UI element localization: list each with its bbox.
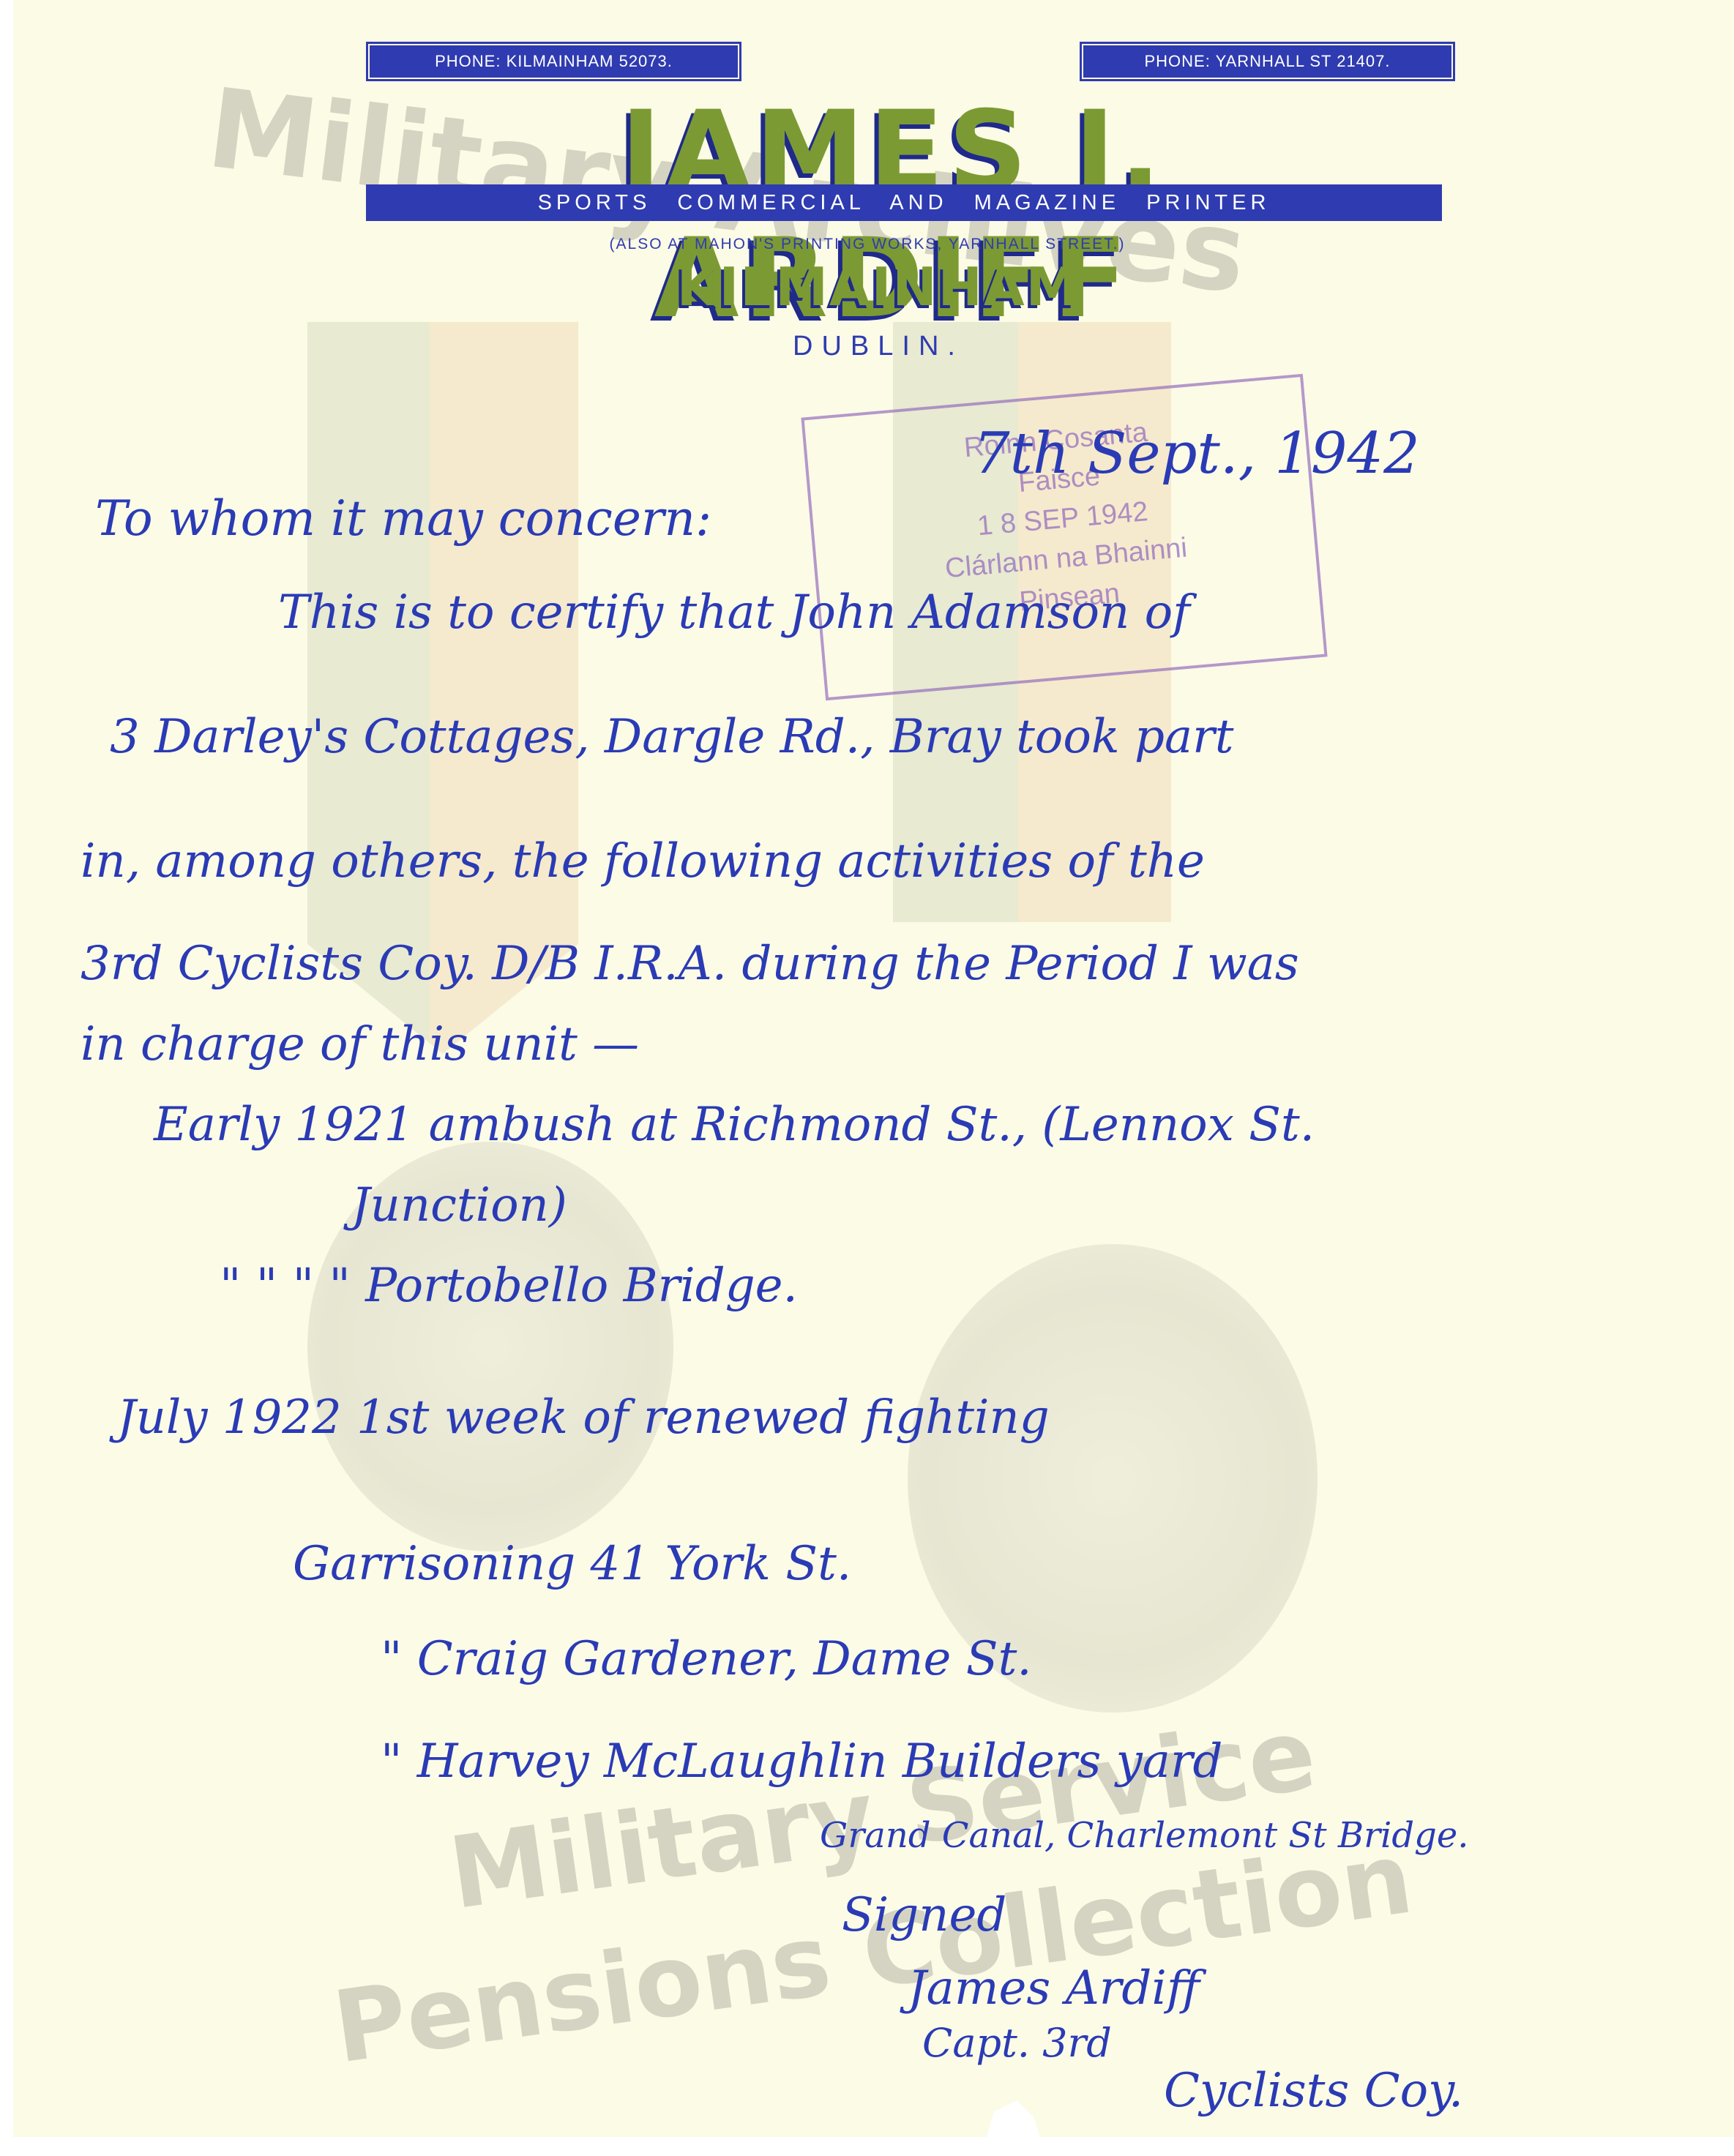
activity-line: July 1922 1st week of renewed fighting bbox=[117, 1390, 1050, 1445]
signatory-rank: Capt. 3rd bbox=[922, 2020, 1112, 2066]
activity-line: " Harvey McLaughlin Builders yard bbox=[381, 1734, 1223, 1789]
secondary-address: (ALSO AT MAHON'S PRINTING WORKS, YARNHAL… bbox=[439, 236, 1296, 253]
scan-bottom-edge bbox=[0, 2137, 1734, 2156]
business-tagline: SPORTS COMMERCIAL AND MAGAZINE PRINTER bbox=[366, 184, 1442, 221]
city-name: DUBLIN. bbox=[659, 331, 1098, 362]
signatory-name: James Ardiff bbox=[908, 1961, 1200, 2015]
scan-edge bbox=[0, 0, 13, 2156]
activity-line: " " " " Portobello Bridge. bbox=[220, 1259, 798, 1313]
signed-label: Signed bbox=[842, 1888, 1006, 1942]
phone-yarnhall: PHONE: YARNHALL ST 21407. bbox=[1083, 45, 1451, 78]
body-line: This is to certify that John Adamson of bbox=[278, 585, 1190, 640]
body-line: in charge of this unit — bbox=[81, 1017, 639, 1071]
letter-date: 7th Sept., 1942 bbox=[973, 421, 1420, 487]
town-name: KILMAINHAM bbox=[512, 256, 1244, 318]
salutation: To whom it may concern: bbox=[95, 490, 711, 547]
body-line: 3rd Cyclists Coy. D/B I.R.A. during the … bbox=[81, 937, 1299, 991]
activity-line: Grand Canal, Charlemont St Bridge. bbox=[820, 1815, 1469, 1856]
body-line: in, among others, the following activiti… bbox=[81, 834, 1205, 888]
activity-line: Garrisoning 41 York St. bbox=[293, 1537, 851, 1591]
body-line: 3 Darley's Cottages, Dargle Rd., Bray to… bbox=[110, 710, 1233, 764]
activity-line: Early 1921 ambush at Richmond St., (Lenn… bbox=[154, 1098, 1315, 1152]
activity-line: Junction) bbox=[351, 1178, 567, 1232]
phone-kilmainham: PHONE: KILMAINHAM 52073. bbox=[370, 45, 738, 78]
activity-line: " Craig Gardener, Dame St. bbox=[381, 1632, 1032, 1686]
signatory-unit: Cyclists Coy. bbox=[1164, 2064, 1463, 2118]
